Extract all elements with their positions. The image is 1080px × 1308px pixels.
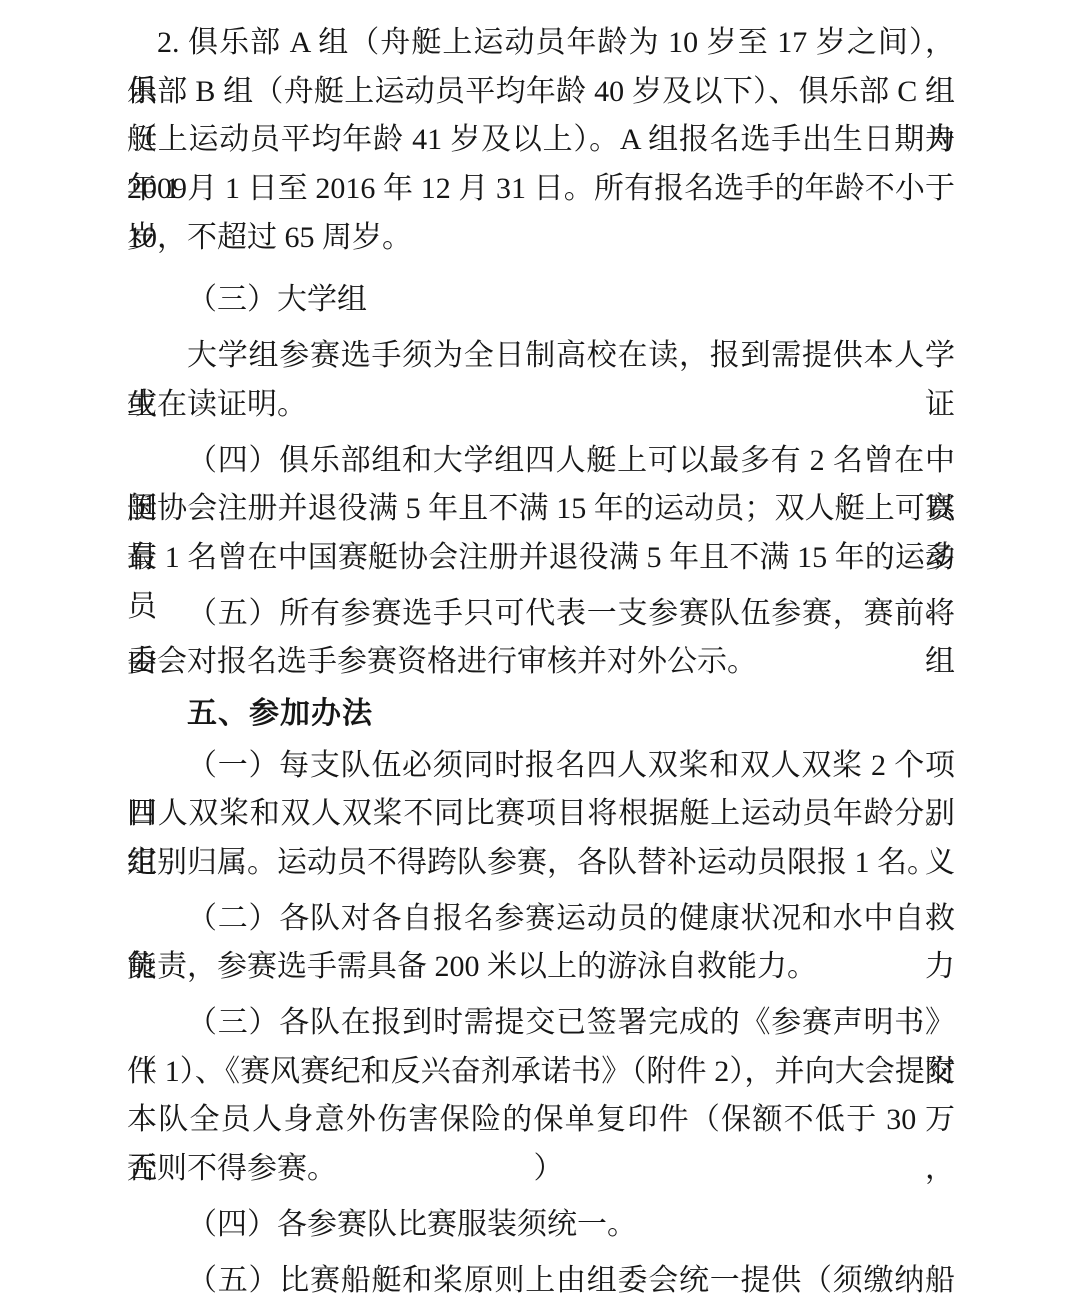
paragraph-section-4: （四）俱乐部组和大学组四人艇上可以最多有 2 名曾在中国赛 艇协会注册并退役满 … [127, 437, 955, 583]
text-line: （四）各参赛队比赛服装须统一。 [127, 1201, 955, 1250]
heading-text-line: 五、参加办法 [127, 690, 955, 739]
paragraph-section-3-title: （三）大学组 [127, 276, 955, 325]
text-line: （二）各队对各自报名参赛运动员的健康状况和水中自救能力 [127, 895, 955, 944]
text-line: （一）每支队伍必须同时报名四人双桨和双人双桨 2 个项目。 [127, 742, 955, 791]
text-line: 2. 俱乐部 A 组（舟艇上运动员年龄为 10 岁至 17 岁之间），俱 [127, 19, 955, 68]
paragraph-section-3-body: 大学组参赛选手须为全日制高校在读，报到需提供本人学生证 或在读证明。 [127, 332, 955, 429]
text-line: 艇协会注册并退役满 5 年且不满 15 年的运动员；双人艇上可以最多 [127, 485, 955, 534]
text-line: （五）比赛船艇和桨原则上由组委会统一提供（须缴纳船艇押 [127, 1257, 955, 1306]
text-line: 组别归属。运动员不得跨队参赛，各队替补运动员限报 1 名。 [127, 839, 955, 888]
text-line: 件 1）、《赛风赛纪和反兴奋剂承诺书》（附件 2），并向大会提交 [127, 1048, 955, 1097]
text-line: 本队全员人身意外伤害保险的保单复印件（保额不低于 30 万元）， [127, 1096, 955, 1145]
text-line: 有 1 名曾在中国赛艇协会注册并退役满 5 年且不满 15 年的运动员。 [127, 534, 955, 583]
paragraph-section-5: （五）所有参赛选手只可代表一支参赛队伍参赛，赛前将由组 委会对报名选手参赛资格进… [127, 590, 955, 687]
text-line: 四人双桨和双人双桨不同比赛项目将根据艇上运动员年龄分别定义 [127, 790, 955, 839]
paragraph-item-2-club-groups: 2. 俱乐部 A 组（舟艇上运动员年龄为 10 岁至 17 岁之间），俱 乐部 … [127, 19, 955, 262]
paragraph-participation-item-2: （二）各队对各自报名参赛运动员的健康状况和水中自救能力 负责，参赛选手需具备 2… [127, 895, 955, 992]
paragraph-participation-item-3: （三）各队在报到时需提交已签署完成的《参赛声明书》（附 件 1）、《赛风赛纪和反… [127, 999, 955, 1194]
paragraph-participation-item-1: （一）每支队伍必须同时报名四人双桨和双人双桨 2 个项目。 四人双桨和双人双桨不… [127, 742, 955, 888]
section-heading-participation-method: 五、参加办法 [127, 690, 955, 739]
text-line: 艇上运动员平均年龄 41 岁及以上）。A 组报名选手出生日期为 2009 [127, 116, 955, 165]
text-line: （三）各队在报到时需提交已签署完成的《参赛声明书》（附 [127, 999, 955, 1048]
text-line: （四）俱乐部组和大学组四人艇上可以最多有 2 名曾在中国赛 [127, 437, 955, 486]
text-line: 大学组参赛选手须为全日制高校在读，报到需提供本人学生证 [127, 332, 955, 381]
text-line: 乐部 B 组（舟艇上运动员平均年龄 40 岁及以下）、俱乐部 C 组（舟 [127, 68, 955, 117]
paragraph-participation-item-5: （五）比赛船艇和桨原则上由组委会统一提供（须缴纳船艇押 [127, 1257, 955, 1306]
text-line: （五）所有参赛选手只可代表一支参赛队伍参赛，赛前将由组 [127, 590, 955, 639]
text-line: 岁，不超过 65 周岁。 [127, 214, 955, 263]
text-line: 年 1 月 1 日至 2016 年 12 月 31 日。所有报名选手的年龄不小于… [127, 165, 955, 214]
text-line: （三）大学组 [127, 276, 955, 325]
document-page: 2. 俱乐部 A 组（舟艇上运动员年龄为 10 岁至 17 岁之间），俱 乐部 … [0, 0, 1080, 1308]
paragraph-participation-item-4: （四）各参赛队比赛服装须统一。 [127, 1201, 955, 1250]
